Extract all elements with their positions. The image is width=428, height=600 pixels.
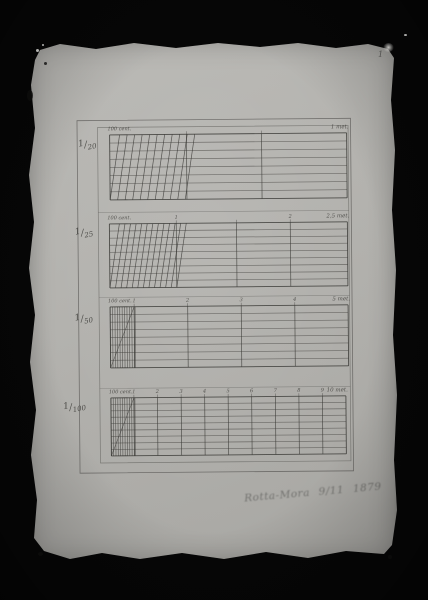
scale-ratio-label: 1/50 — [74, 311, 94, 328]
pencil-line — [117, 307, 118, 368]
pencil-line — [127, 307, 128, 368]
pencil-line — [132, 307, 133, 368]
pencil-line — [110, 198, 347, 200]
scale-ratio-label: 1/25 — [74, 225, 94, 242]
pencil-line — [110, 320, 348, 322]
pencil-line — [154, 223, 165, 287]
pencil-line — [125, 307, 126, 368]
pencil-line — [135, 307, 136, 368]
light-damage-spot — [383, 43, 394, 52]
pencil-line — [110, 250, 348, 252]
pencil-line — [110, 182, 347, 184]
pencil-line — [115, 398, 116, 456]
tick-label: 9 — [321, 388, 325, 394]
pencil-line — [110, 305, 348, 307]
pencil-line — [171, 223, 182, 287]
pencil-line — [137, 224, 148, 288]
pencil-line — [120, 307, 121, 368]
pencil-line — [110, 149, 347, 151]
pencil-line — [135, 398, 136, 456]
tick-label: 8 — [297, 388, 300, 394]
photograph-frame: 100 cent.1 met.1/2012100 cent.2,5 met.1/… — [0, 0, 428, 600]
pencil-line — [100, 386, 350, 388]
pencil-line — [110, 173, 347, 175]
pencil-line — [115, 224, 126, 288]
tick-label: 2 — [185, 298, 189, 304]
pencil-line — [205, 397, 206, 455]
pencil-line — [110, 157, 347, 159]
pencil-line — [125, 398, 126, 456]
pencil-line — [252, 397, 253, 455]
panel-caption-right: 10 met. — [327, 387, 348, 393]
tick-label: 5 — [226, 388, 229, 394]
pencil-line — [275, 396, 276, 454]
pencil-line — [113, 398, 114, 456]
pencil-line — [110, 265, 348, 267]
pencil-line — [295, 305, 296, 366]
pencil-line — [110, 351, 348, 353]
paper-blemish — [27, 90, 33, 101]
pencil-line — [110, 343, 348, 345]
pencil-line — [98, 210, 348, 212]
tick-label: 4 — [202, 389, 206, 395]
pencil-line — [181, 397, 182, 455]
scale-ratio-label: 1/100 — [62, 398, 87, 415]
paper-blemish — [388, 555, 392, 559]
pencil-line — [134, 307, 135, 368]
dust-speck — [42, 44, 44, 46]
pencil-line — [236, 223, 237, 287]
pencil-line — [143, 224, 154, 288]
pencil-line — [299, 396, 300, 454]
pencil-line — [110, 141, 347, 143]
panel-caption-right: 2,5 met. — [325, 213, 349, 219]
pencil-line — [157, 398, 158, 456]
panel-caption-right: 5 met. — [332, 296, 350, 302]
scale-ratio-label: 1/20 — [77, 137, 97, 154]
pencil-line — [110, 257, 348, 259]
pencil-line — [126, 224, 137, 288]
tick-label: 3 — [179, 389, 182, 395]
tick-label: 1 — [132, 389, 135, 395]
pencil-line — [176, 223, 187, 287]
pencil-line — [165, 223, 176, 287]
paper-blemish — [38, 552, 43, 556]
panel-caption-left: 100 cent. — [108, 298, 132, 304]
pencil-line — [347, 222, 348, 286]
paper-blemish — [44, 62, 47, 65]
pencil-line — [228, 397, 229, 455]
pencil-line — [262, 134, 263, 199]
scale-panel-1-50: 1234100 cent.5 met.1/50 — [74, 296, 351, 368]
pencil-line — [113, 307, 114, 368]
panel-caption-left: 100 cent. — [109, 389, 133, 395]
dust-speck — [404, 34, 407, 36]
pencil-line — [241, 306, 242, 367]
pencil-line — [290, 222, 291, 286]
pencil-line — [110, 279, 348, 281]
pencil-line — [110, 286, 348, 288]
pencil-line — [110, 135, 111, 200]
pencil-line — [346, 396, 347, 454]
pencil-line — [134, 398, 135, 456]
pencil-line — [348, 305, 349, 366]
pencil-line — [109, 224, 110, 288]
scale-panel-1-100: 123456789100 cent.10 met.1/100 — [62, 387, 348, 456]
pencil-line — [111, 366, 349, 368]
pencil-line — [120, 398, 121, 456]
tick-label: 7 — [274, 388, 278, 394]
pencil-line — [110, 243, 348, 245]
pencil-line — [111, 358, 349, 360]
drawing-root: 100 cent.1 met.1/2012100 cent.2,5 met.1/… — [60, 118, 354, 473]
scale-panel-1-20: 100 cent.1 met.1/20 — [77, 124, 349, 200]
pencil-line — [129, 398, 130, 456]
tick-label: 1 — [132, 298, 135, 304]
tick-label: 2 — [288, 214, 292, 220]
corner-pencil-mark: 1 — [378, 50, 383, 59]
pencil-line — [176, 223, 177, 287]
panel-caption-left: 100 cent. — [107, 215, 131, 221]
pencil-line — [110, 312, 348, 314]
pencil-line — [322, 396, 323, 454]
pencil-line — [132, 398, 133, 456]
tick-label: 2 — [155, 389, 159, 395]
pencil-line — [160, 223, 171, 287]
pencil-line — [118, 398, 119, 456]
pencil-line — [109, 222, 347, 224]
panel-caption-left: 100 cent. — [108, 126, 132, 132]
pencil-line — [110, 328, 348, 330]
dust-speck — [36, 49, 39, 52]
pencil-line — [115, 307, 116, 368]
tick-label: 1 — [175, 215, 178, 221]
panel-caption-right: 1 met. — [331, 124, 349, 130]
scale-rulers-drawing: 100 cent.1 met.1/2012100 cent.2,5 met.1/… — [0, 0, 428, 600]
tick-label: 3 — [240, 297, 243, 303]
pencil-line — [148, 223, 159, 287]
pencil-line — [110, 133, 347, 135]
pencil-line — [110, 190, 347, 192]
pencil-line — [109, 224, 120, 288]
pencil-line — [127, 398, 128, 456]
pencil-line — [99, 295, 349, 297]
scale-panel-1-25: 12100 cent.2,5 met.1/25 — [74, 213, 350, 288]
pencil-line — [121, 224, 132, 288]
tick-label: 4 — [292, 297, 296, 303]
pencil-line — [347, 133, 348, 198]
pencil-line — [188, 306, 189, 367]
tick-label: 6 — [250, 388, 254, 394]
pencil-line — [109, 229, 347, 231]
pencil-line — [132, 224, 143, 288]
pencil-line — [110, 335, 348, 337]
inner-border — [98, 125, 351, 463]
pencil-line — [129, 307, 130, 368]
